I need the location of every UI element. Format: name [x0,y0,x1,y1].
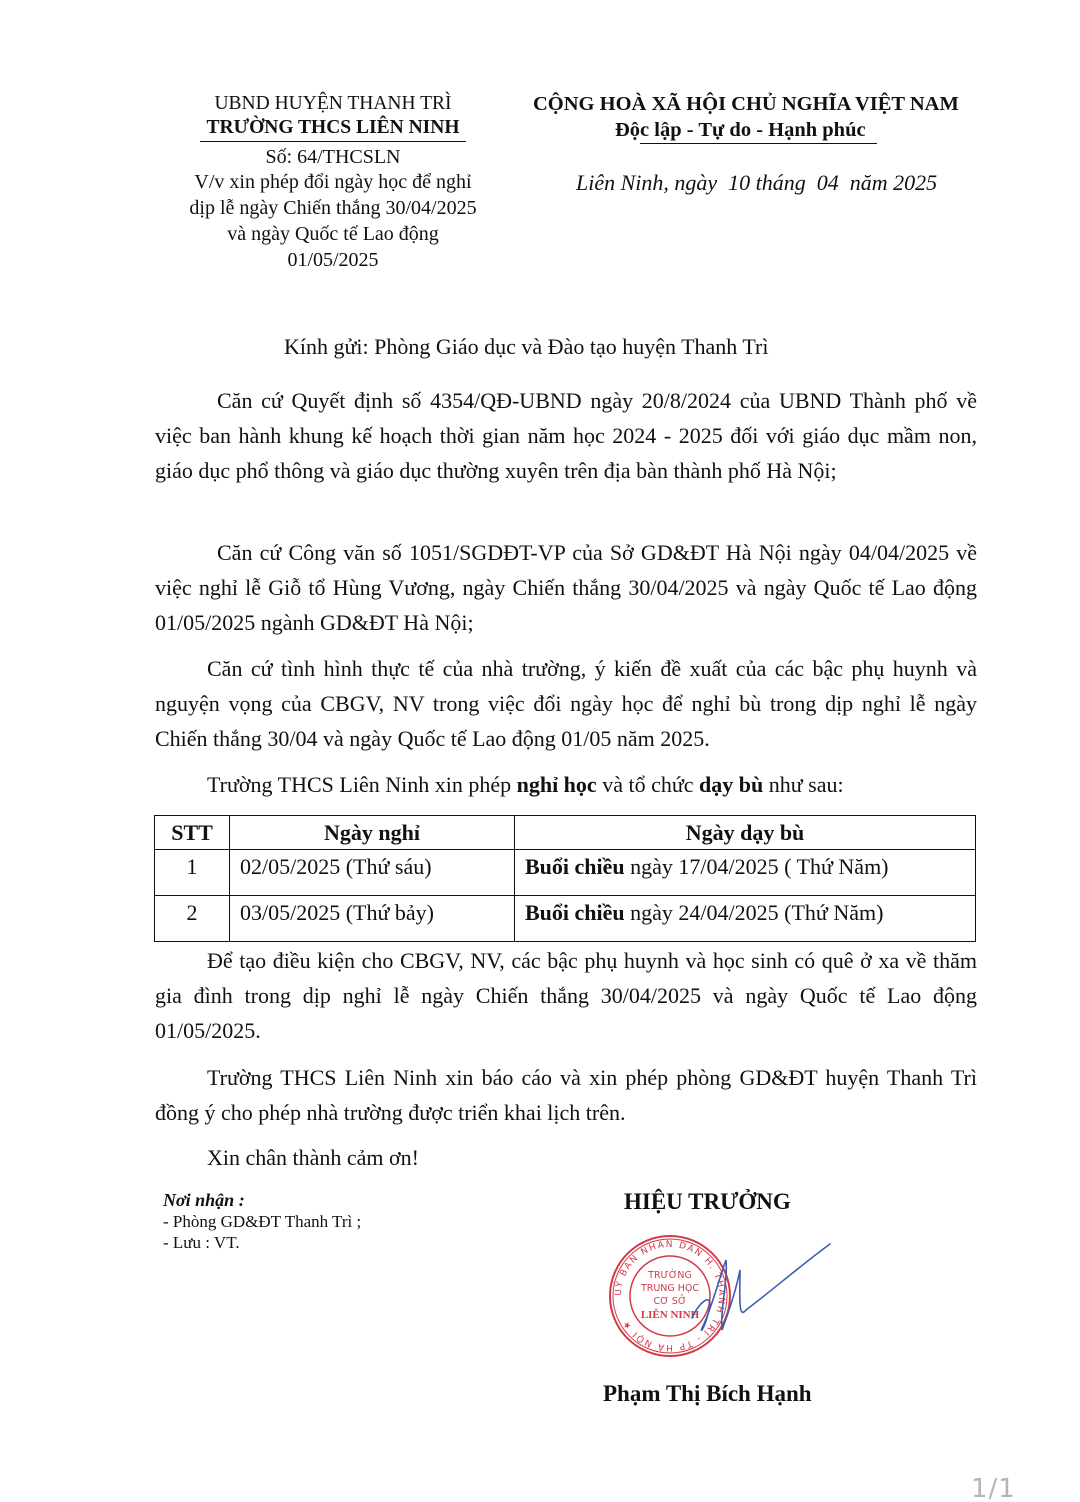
text-span: ngày 17/04/2025 ( Thứ Năm) [625,854,889,879]
subject-line: V/v xin phép đổi ngày học để nghỉ [150,169,516,195]
signer-name: Phạm Thị Bích Hạnh [603,1381,812,1407]
table-row: 1 02/05/2025 (Thứ sáu) Buổi chiều ngày 1… [155,850,976,896]
issuer-block: UBND HUYỆN THANH TRÌ TRƯỜNG THCS LIÊN NI… [150,92,516,273]
subject-line: 01/05/2025 [150,247,516,273]
body-paragraph: Để tạo điều kiện cho CBGV, NV, các bậc p… [155,943,977,1048]
table-row: 2 03/05/2025 (Thứ bảy) Buổi chiều ngày 2… [155,896,976,942]
body-paragraph: Căn cứ Quyết định số 4354/QĐ-UBND ngày 2… [155,383,977,488]
place-date: Liên Ninh, ngày 10 tháng 04 năm 2025 [576,170,937,196]
recipient-item: - Lưu : VT. [163,1232,361,1253]
cell-stt: 1 [155,850,230,896]
cell-day-off: 03/05/2025 (Thứ bảy) [230,896,515,942]
body-paragraph: Trường THCS Liên Ninh xin báo cáo và xin… [155,1060,977,1130]
closing-line: Xin chân thành cảm ơn! [155,1140,977,1175]
bold-text: dạy bù [699,772,763,797]
column-header: Ngày dạy bù [515,816,976,850]
document-number: Số: 64/THCSLN [150,145,516,169]
handwritten-signature-icon [600,1230,840,1360]
bold-text: nghỉ học [517,772,597,797]
subject-line: dịp lễ ngày Chiến thắng 30/04/2025 [150,195,516,221]
recipients-title: Nơi nhận : [163,1190,361,1211]
bold-text: Buổi chiều [525,900,625,925]
recipient-item: - Phòng GD&ĐT Thanh Trì ; [163,1211,361,1232]
school-underline [200,141,466,142]
addressee-line: Kính gửi: Phòng Giáo dục và Đào tạo huyệ… [284,334,768,360]
nation-name: CỘNG HOÀ XÃ HỘI CHỦ NGHĨA VIỆT NAM [525,91,1045,117]
cell-makeup-day: Buổi chiều ngày 17/04/2025 ( Thứ Năm) [515,850,976,896]
table-header-row: STT Ngày nghỉ Ngày dạy bù [155,816,976,850]
text-span: Trường THCS Liên Ninh xin phép [207,772,517,797]
page-counter: 1/1 [971,1474,1016,1502]
cell-makeup-day: Buổi chiều ngày 24/04/2025 (Thứ Năm) [515,896,976,942]
national-motto: Độc lập - Tự do - Hạnh phúc [525,117,1045,143]
text-span: và tổ chức [597,772,699,797]
authority-name: UBND HUYỆN THANH TRÌ [150,92,516,116]
subject-line: và ngày Quốc tế Lao động [150,221,516,247]
column-header: Ngày nghỉ [230,816,515,850]
signer-title: HIỆU TRƯỞNG [624,1189,791,1215]
bold-text: Buổi chiều [525,854,625,879]
schedule-table: STT Ngày nghỉ Ngày dạy bù 1 02/05/2025 (… [154,815,976,942]
cell-stt: 2 [155,896,230,942]
school-name: TRƯỜNG THCS LIÊN NINH [206,116,459,140]
motto-underline [640,143,877,144]
national-header: CỘNG HOÀ XÃ HỘI CHỦ NGHĨA VIỆT NAM Độc l… [525,91,1045,143]
body-paragraph: Căn cứ Công văn số 1051/SGDĐT-VP của Sở … [155,535,977,640]
text-span: như sau: [763,772,843,797]
body-paragraph: Trường THCS Liên Ninh xin phép nghỉ học … [155,767,977,802]
column-header: STT [155,816,230,850]
cell-day-off: 02/05/2025 (Thứ sáu) [230,850,515,896]
text-span: ngày 24/04/2025 (Thứ Năm) [625,900,884,925]
recipients-block: Nơi nhận : - Phòng GD&ĐT Thanh Trì ; - L… [163,1190,361,1253]
body-paragraph: Căn cứ tình hình thực tế của nhà trường,… [155,651,977,756]
